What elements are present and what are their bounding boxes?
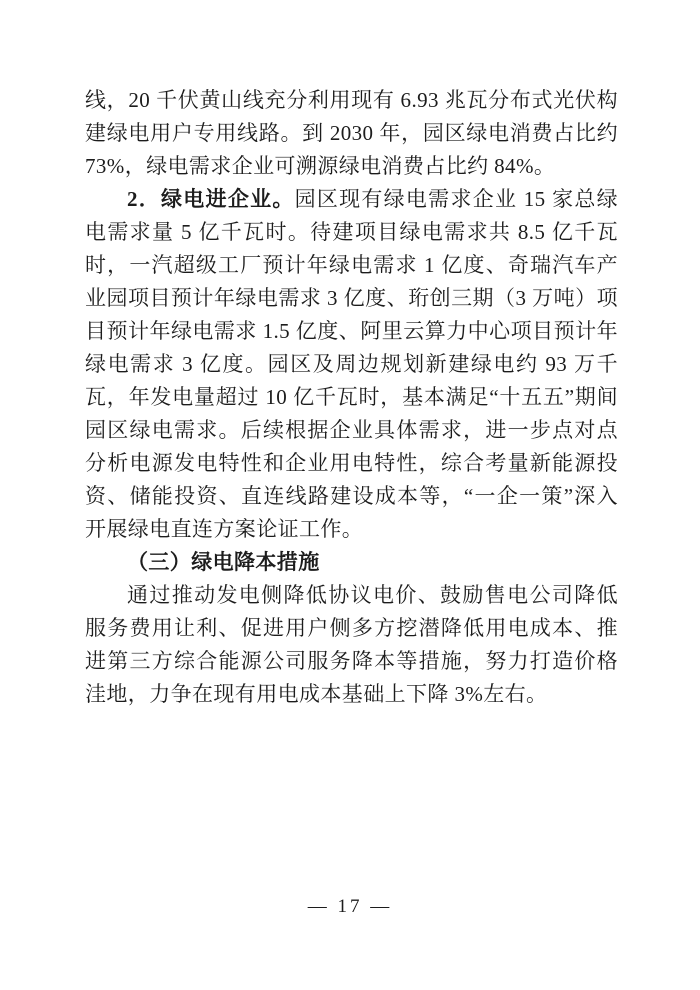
text-run-bold: 2．绿电进企业。 <box>127 187 295 211</box>
text-run-bold: （三）绿电降本措施 <box>127 550 320 574</box>
text-run: 线，20 千伏黄山线充分利用现有 6.93 兆瓦分布式光伏构建绿电用户专用线路。… <box>85 88 618 178</box>
heading-section-3-cost-reduction: （三）绿电降本措施 <box>85 546 618 579</box>
paragraph-item-2-green-power-to-enterprises: 2．绿电进企业。园区现有绿电需求企业 15 家总绿电需求量 5 亿千瓦时。待建项… <box>85 183 618 546</box>
paragraph-cost-reduction-measures: 通过推动发电侧降低协议电价、鼓励售电公司降低服务费用让利、促进用户侧多方挖潜降低… <box>85 579 618 711</box>
document-body: 线，20 千伏黄山线充分利用现有 6.93 兆瓦分布式光伏构建绿电用户专用线路。… <box>85 84 618 711</box>
page-number: — 17 — <box>0 896 700 918</box>
document-page: 线，20 千伏黄山线充分利用现有 6.93 兆瓦分布式光伏构建绿电用户专用线路。… <box>0 0 700 990</box>
paragraph-green-power-grid: 线，20 千伏黄山线充分利用现有 6.93 兆瓦分布式光伏构建绿电用户专用线路。… <box>85 84 618 183</box>
text-run: 通过推动发电侧降低协议电价、鼓励售电公司降低服务费用让利、促进用户侧多方挖潜降低… <box>85 583 618 706</box>
text-run: 园区现有绿电需求企业 15 家总绿电需求量 5 亿千瓦时。待建项目绿电需求共 8… <box>85 187 618 541</box>
